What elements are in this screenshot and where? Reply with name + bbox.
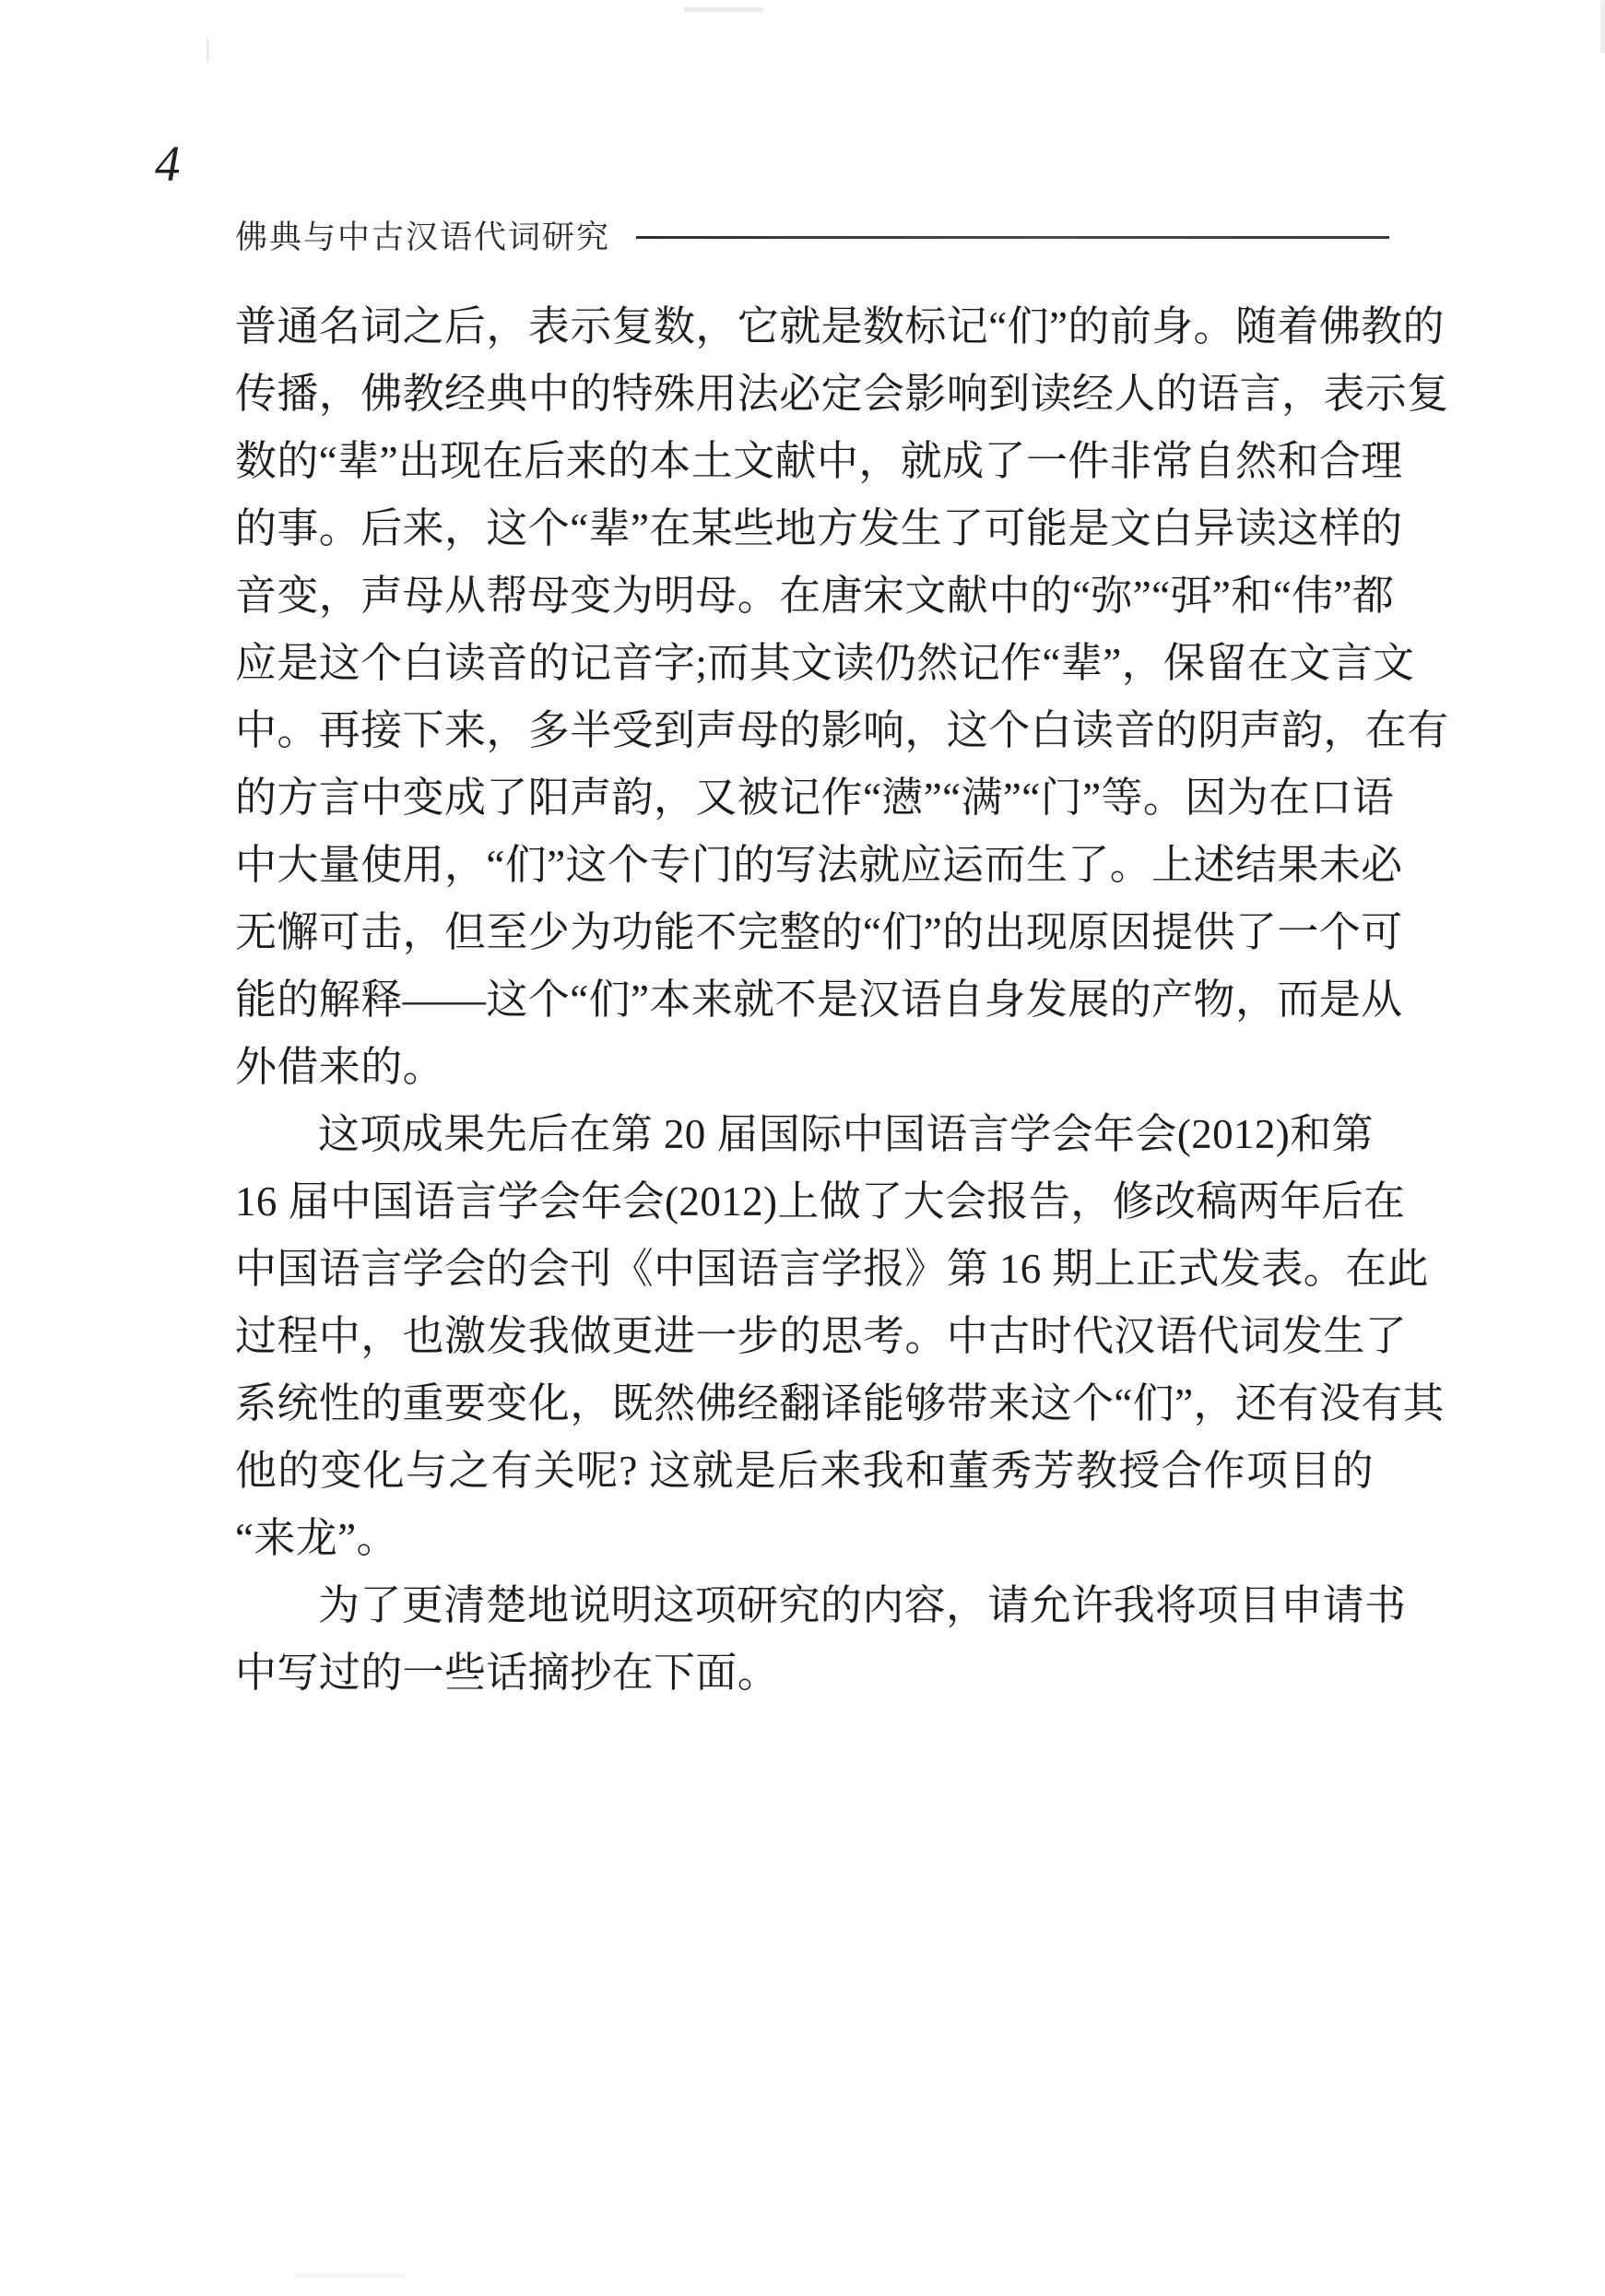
text-line: 中。再接下来，多半受到声母的影响，这个白读音的阴声韵，在有 bbox=[235, 697, 1374, 764]
text-line: 的方言中变成了阳声韵，又被记作“懑”“满”“门”等。因为在口语 bbox=[235, 764, 1374, 832]
text-line: 数的“辈”出现在后来的本土文献中，就成了一件非常自然和合理 bbox=[235, 428, 1374, 495]
running-head: 佛典与中古汉语代词研究 bbox=[235, 212, 1389, 258]
paragraph-3: 为了更清楚地说明这项研究的内容，请允许我将项目申请书中写过的一些话摘抄在下面。 bbox=[235, 1572, 1374, 1707]
text-line: 中大量使用，“们”这个专门的写法就应运而生了。上述结果未必 bbox=[235, 832, 1374, 899]
text-block: 普通名词之后，表示复数，它就是数标记“们”的前身。随着佛教的传播，佛教经典中的特… bbox=[235, 293, 1374, 1707]
text-line: 16 届中国语言学会年会(2012)上做了大会报告，修改稿两年后在 bbox=[235, 1168, 1374, 1236]
running-head-title: 佛典与中古汉语代词研究 bbox=[235, 212, 610, 258]
text-line: 系统性的重要变化，既然佛经翻译能够带来这个“们”，还有没有其 bbox=[235, 1370, 1374, 1438]
scan-artifact bbox=[207, 39, 209, 63]
book-page: 4 佛典与中古汉语代词研究 普通名词之后，表示复数，它就是数标记“们”的前身。随… bbox=[0, 0, 1605, 2296]
text-line: 中国语言学会的会刊《中国语言学报》第 16 期上正式发表。在此 bbox=[235, 1236, 1374, 1303]
text-line: 他的变化与之有关呢? 这就是后来我和董秀芳教授合作项目的 bbox=[235, 1438, 1374, 1505]
text-line: 中写过的一些话摘抄在下面。 bbox=[235, 1639, 1374, 1707]
text-line: “来龙”。 bbox=[235, 1505, 1374, 1572]
text-line: 传播，佛教经典中的特殊用法必定会影响到读经人的语言，表示复 bbox=[235, 361, 1374, 428]
text-line: 能的解释——这个“们”本来就不是汉语自身发展的产物，而是从 bbox=[235, 966, 1374, 1034]
text-line: 音变，声母从帮母变为明母。在唐宋文献中的“弥”“弭”和“伟”都 bbox=[235, 562, 1374, 630]
scan-artifact bbox=[295, 2274, 406, 2278]
text-line: 应是这个白读音的记音字;而其文读仍然记作“辈”，保留在文言文 bbox=[235, 630, 1374, 697]
scan-artifact bbox=[684, 7, 763, 12]
text-line: 过程中，也激发我做更进一步的思考。中古时代汉语代词发生了 bbox=[235, 1303, 1374, 1370]
text-line: 无懈可击，但至少为功能不完整的“们”的出现原因提供了一个可 bbox=[235, 899, 1374, 966]
paragraph-2: 这项成果先后在第 20 届国际中国语言学会年会(2012)和第16 届中国语言学… bbox=[235, 1101, 1374, 1572]
text-line: 普通名词之后，表示复数，它就是数标记“们”的前身。随着佛教的 bbox=[235, 293, 1374, 361]
text-line: 外借来的。 bbox=[235, 1034, 1374, 1101]
scan-artifact bbox=[1600, 0, 1605, 53]
running-head-rule bbox=[636, 236, 1389, 239]
paragraph-1: 普通名词之后，表示复数，它就是数标记“们”的前身。随着佛教的传播，佛教经典中的特… bbox=[235, 293, 1374, 1101]
text-line: 为了更清楚地说明这项研究的内容，请允许我将项目申请书 bbox=[235, 1572, 1374, 1639]
text-line: 的事。后来，这个“辈”在某些地方发生了可能是文白异读这样的 bbox=[235, 495, 1374, 562]
page-number: 4 bbox=[155, 138, 181, 189]
text-line: 这项成果先后在第 20 届国际中国语言学会年会(2012)和第 bbox=[235, 1101, 1374, 1168]
